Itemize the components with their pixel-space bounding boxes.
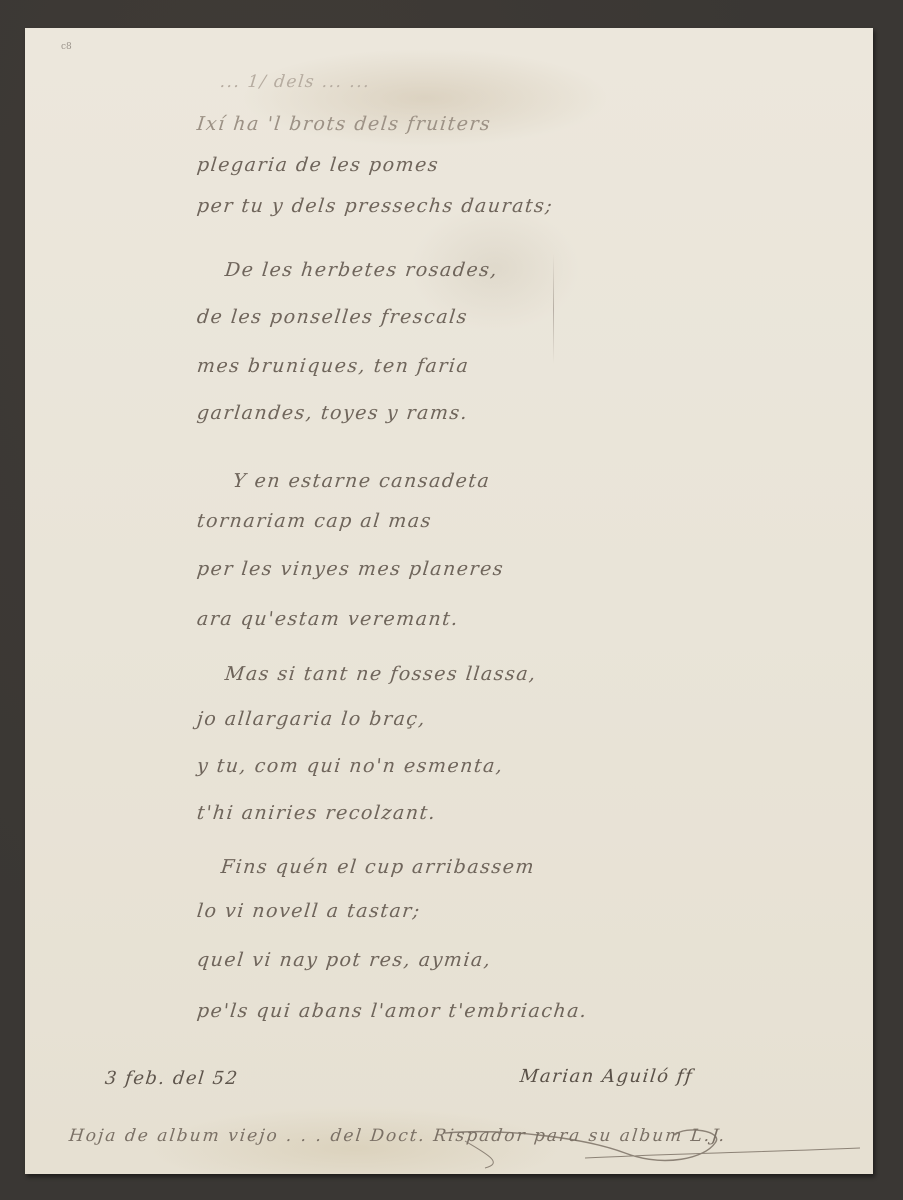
footer-annotation: Hoja de album viejo . . . del Doct. Risp… <box>68 1126 727 1146</box>
poem-line: pe'ls qui abans l'amor t'embriacha. <box>196 1000 589 1022</box>
poem-line: De les herbetes rosades, <box>224 259 499 281</box>
date-line: 3 feb. del 52 <box>104 1068 240 1089</box>
faint-heading-line: ... 1/ dels ... ... <box>219 72 372 92</box>
poem-line: jo allargaria lo braç, <box>196 708 427 730</box>
poem-line: per tu y dels pressechs daurats; <box>196 195 555 217</box>
poem-line: garlandes, toyes y rams. <box>196 402 470 424</box>
signature-initials: ff <box>676 1066 695 1087</box>
corner-mark: c8 <box>61 42 72 52</box>
poem-line: quel vi nay pot res, aymia, <box>196 949 493 971</box>
poem-line: per les vinyes mes planeres <box>196 558 505 580</box>
poem-line: Y en estarne cansadeta <box>232 470 492 492</box>
signature-name: Marian Aguiló <box>519 1066 671 1087</box>
paper-crease <box>553 254 554 364</box>
poem-line: t'hi aniries recolzant. <box>196 802 438 824</box>
poem-line: de les ponselles frescals <box>196 306 469 328</box>
poem-line: plegaria de les pomes <box>196 154 440 176</box>
poem-line: mes bruniques, ten faria <box>196 355 471 377</box>
poem-line: tornariam cap al mas <box>196 510 433 532</box>
poem-line: Fins quén el cup arribassem <box>220 856 536 878</box>
underline-stroke-icon <box>585 1146 865 1160</box>
manuscript-page: c8 ... 1/ dels ... ... Ixí ha 'l brots d… <box>25 28 873 1174</box>
poem-line: ara qu'estam veremant. <box>196 608 460 630</box>
poem-line: lo vi novell a tastar; <box>196 900 422 922</box>
poem-line: Ixí ha 'l brots dels fruiters <box>196 113 493 135</box>
author-signature: Marian Aguiló ff <box>519 1066 694 1087</box>
poem-line: Mas si tant ne fosses llassa, <box>224 663 538 685</box>
poem-line: y tu, com qui no'n esmenta, <box>196 755 505 777</box>
